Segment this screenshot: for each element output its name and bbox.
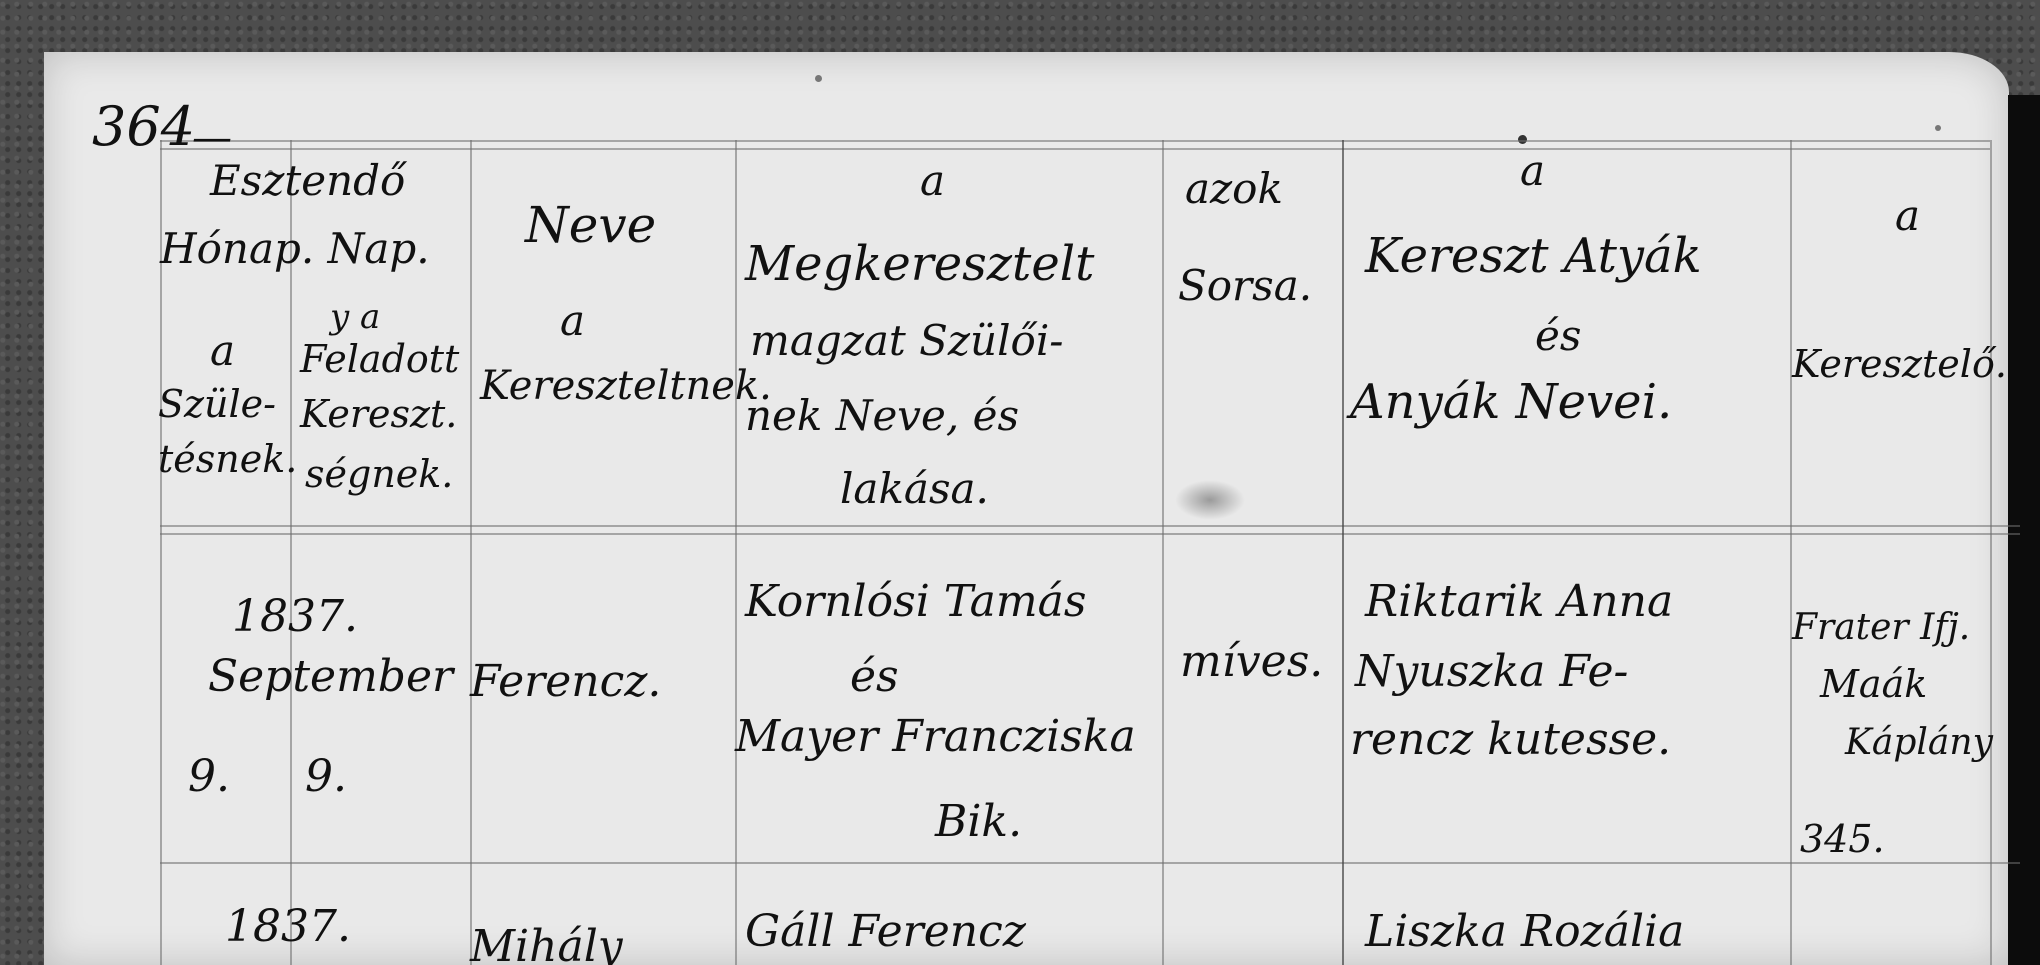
header-date-line-4: Szüle- bbox=[158, 385, 276, 423]
entry-child-name: Mihály bbox=[470, 925, 623, 965]
column-divider bbox=[735, 140, 737, 965]
entry-month: September bbox=[208, 655, 453, 699]
entry-baptizer-1: Frater Ifj. bbox=[1792, 610, 1970, 646]
entry-baptism-day: 9. bbox=[305, 755, 347, 799]
entry-mother: Mayer Francziska bbox=[735, 715, 1136, 759]
header-date-line-2: Hónap. Nap. bbox=[160, 228, 430, 270]
header-parents-line-1: a bbox=[920, 160, 945, 202]
header-baptizer-line-2: Keresztelő. bbox=[1792, 345, 2007, 383]
header-parents-line-4: nek Neve, és bbox=[745, 395, 1019, 437]
column-divider bbox=[1790, 140, 1792, 965]
header-status-line-2: Sorsa. bbox=[1178, 265, 1312, 307]
book-spine-shadow bbox=[2008, 95, 2040, 965]
header-parents-line-5: lakása. bbox=[840, 468, 989, 510]
entry-godparent-1: Liszka Rozália bbox=[1365, 910, 1684, 954]
header-date-sub-2: Feladott bbox=[300, 340, 459, 378]
entry-parents-and: és bbox=[850, 655, 899, 699]
header-date-sub-4: ségnek. bbox=[305, 455, 453, 493]
entry-godparent-2: Nyuszka Fe- bbox=[1355, 650, 1628, 694]
column-divider bbox=[470, 140, 472, 965]
header-date-line-1: Esztendő bbox=[210, 160, 405, 202]
header-name-line-2: a bbox=[560, 300, 585, 342]
entry-baptizer-3: Káplány bbox=[1845, 725, 1993, 761]
column-divider bbox=[1342, 140, 1344, 965]
header-godparents-line-3: és bbox=[1535, 315, 1581, 357]
header-date-sub-3: Kereszt. bbox=[300, 395, 457, 433]
paper-speck bbox=[815, 75, 822, 82]
entry-godparent-1: Riktarik Anna bbox=[1365, 580, 1673, 624]
entry-residence: Bik. bbox=[935, 800, 1022, 844]
header-date-sub-1: y a bbox=[330, 300, 380, 334]
entry-birth-day: 9. bbox=[188, 755, 230, 799]
entry-father: Gáll Ferencz bbox=[745, 910, 1026, 954]
paper-speck bbox=[1935, 125, 1941, 131]
entry-status: míves. bbox=[1180, 640, 1323, 684]
top-rule-double bbox=[160, 148, 1990, 150]
row-rule bbox=[160, 862, 2020, 864]
header-rule-double bbox=[160, 533, 2020, 535]
header-rule bbox=[160, 525, 2020, 527]
header-godparents-line-2: Kereszt Atyák bbox=[1365, 232, 1702, 280]
header-parents-line-3: magzat Szülői- bbox=[750, 320, 1063, 362]
entry-child-name: Ferencz. bbox=[470, 660, 661, 704]
header-parents-line-2: Megkeresztelt bbox=[745, 240, 1094, 288]
header-name-line-3: Kereszteltnek. bbox=[480, 360, 730, 412]
entry-godparent-3: rencz kutesse. bbox=[1350, 718, 1671, 762]
column-divider bbox=[1162, 140, 1164, 965]
page-number-dash: — bbox=[192, 118, 232, 158]
top-rule bbox=[160, 140, 1990, 142]
header-godparents-line-1: a bbox=[1520, 150, 1545, 192]
ink-blot bbox=[1175, 480, 1245, 520]
page-number: 364 bbox=[92, 100, 195, 154]
entry-baptizer-2: Maák bbox=[1820, 665, 1927, 703]
entry-baptizer-note: 345. bbox=[1800, 820, 1885, 858]
header-date-line-5: tésnek. bbox=[158, 440, 297, 478]
column-divider bbox=[1990, 140, 1992, 965]
entry-father: Kornlósi Tamás bbox=[745, 580, 1086, 624]
header-godparents-line-4: Anyák Nevei. bbox=[1350, 378, 1672, 426]
header-status-line-1: azok bbox=[1185, 168, 1283, 210]
header-date-line-3: a bbox=[210, 330, 235, 372]
entry-year: 1837. bbox=[232, 595, 358, 639]
header-name-line-1: Neve bbox=[525, 200, 656, 250]
header-baptizer-line-1: a bbox=[1895, 195, 1920, 237]
entry-year: 1837. bbox=[225, 905, 351, 949]
